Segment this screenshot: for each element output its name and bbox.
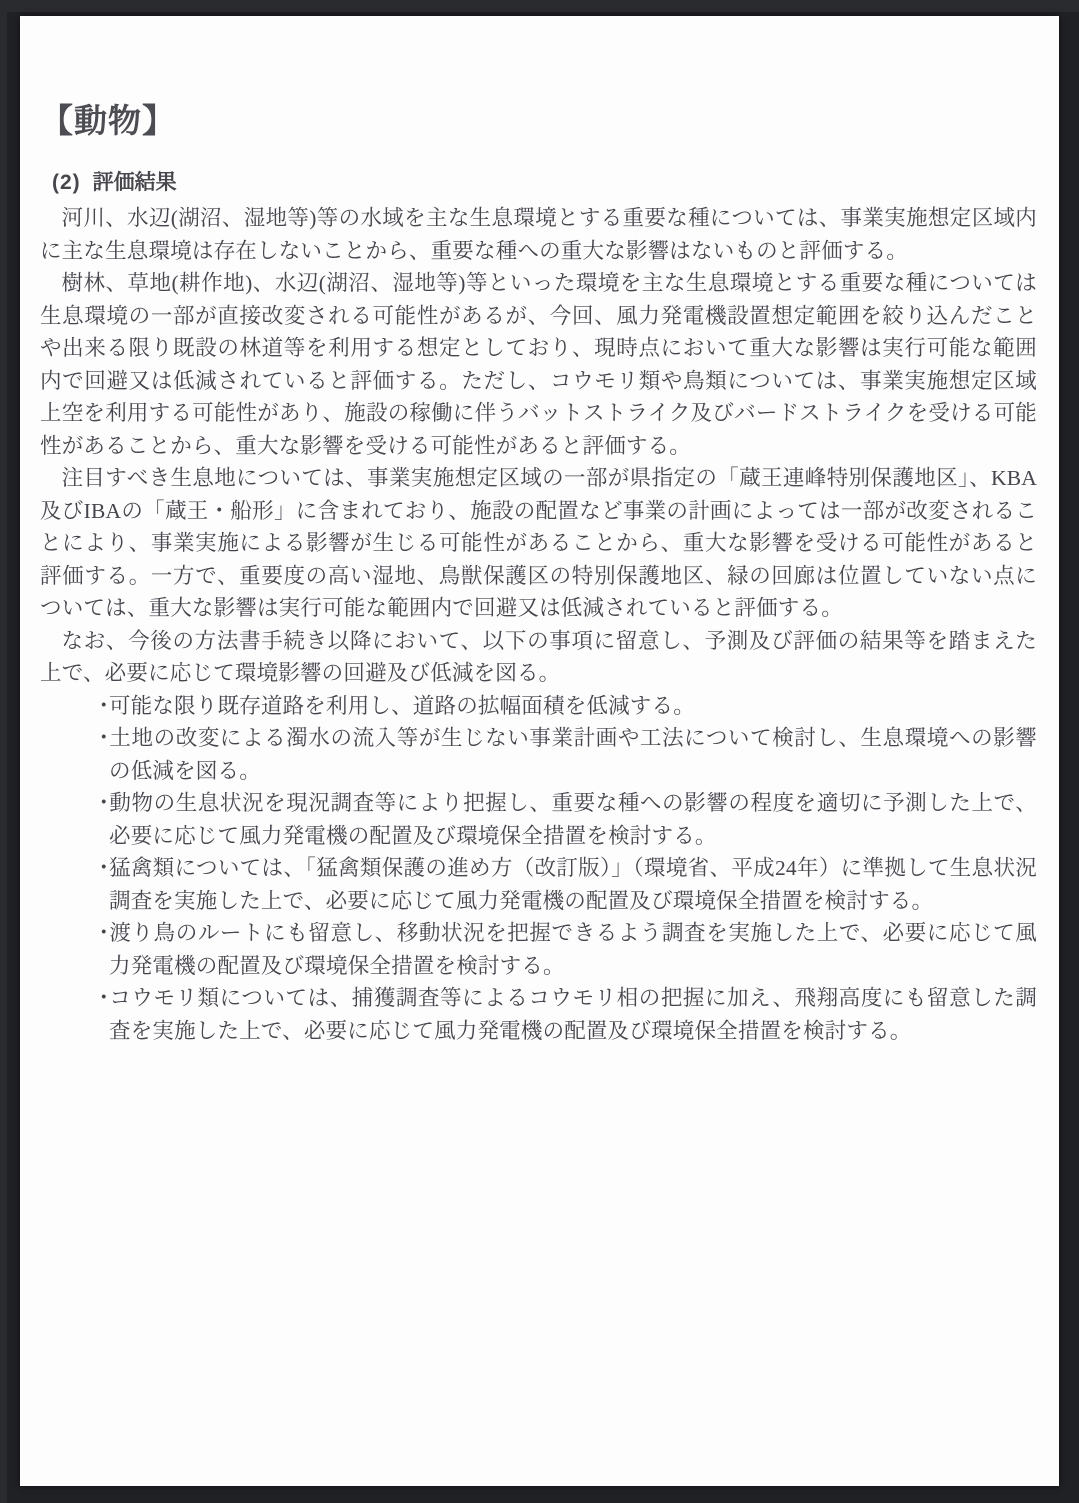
measures-bullet-list: ・可能な限り既存道路を利用し、道路の拡幅面積を低減する。 ・土地の改変による濁水… xyxy=(40,690,1037,1048)
list-item: ・猛禽類については、「猛禽類保護の進め方（改訂版）」（環境省、平成24年）に準拠… xyxy=(93,852,1037,917)
paragraph: 河川、水辺(湖沼、湿地等)等の水域を主な生息環境とする重要な種については、事業実… xyxy=(40,202,1037,267)
bullet-text: 可能な限り既存道路を利用し、道路の拡幅面積を低減する。 xyxy=(109,694,695,718)
section-heading: (2)評価結果 xyxy=(52,168,1037,198)
bullet-dot-icon: ・ xyxy=(93,787,109,820)
bullet-text: 渡り鳥のルートにも留意し、移動状況を把握できるよう調査を実施した上で、必要に応じ… xyxy=(109,921,1037,978)
bullet-text: 動物の生息状況を現況調査等により把握し、重要な種への影響の程度を適切に予測した上… xyxy=(109,791,1037,848)
bullet-dot-icon: ・ xyxy=(93,722,109,755)
paragraph: 樹林、草地(耕作地)、水辺(湖沼、湿地等)等といった環境を主な生息環境とする重要… xyxy=(40,267,1037,462)
section-number: (2) xyxy=(52,171,81,194)
document-title: 【動物】 xyxy=(40,102,1037,140)
bullet-text: コウモリ類については、捕獲調査等によるコウモリ相の把握に加え、飛翔高度にも留意し… xyxy=(109,986,1037,1043)
bullet-dot-icon: ・ xyxy=(93,917,109,950)
scan-frame-top-edge xyxy=(0,0,1079,12)
scan-frame-left-edge xyxy=(0,0,7,1503)
list-item: ・可能な限り既存道路を利用し、道路の拡幅面積を低減する。 xyxy=(93,690,1037,723)
bullet-text: 土地の改変による濁水の流入等が生じない事業計画や工法について検討し、生息環境への… xyxy=(109,726,1037,783)
list-item: ・コウモリ類については、捕獲調査等によるコウモリ相の把握に加え、飛翔高度にも留意… xyxy=(93,982,1037,1047)
list-item: ・渡り鳥のルートにも留意し、移動状況を把握できるよう調査を実施した上で、必要に応… xyxy=(93,917,1037,982)
list-item: ・動物の生息状況を現況調査等により把握し、重要な種への影響の程度を適切に予測した… xyxy=(93,787,1037,852)
paragraph: なお、今後の方法書手続き以降において、以下の事項に留意し、予測及び評価の結果等を… xyxy=(40,625,1037,690)
bullet-dot-icon: ・ xyxy=(93,852,109,885)
list-item: ・土地の改変による濁水の流入等が生じない事業計画や工法について検討し、生息環境へ… xyxy=(93,722,1037,787)
bullet-dot-icon: ・ xyxy=(93,690,109,723)
paragraph: 注目すべき生息地については、事業実施想定区域の一部が県指定の「蔵王連峰特別保護地… xyxy=(40,462,1037,625)
bullet-text: 猛禽類については、「猛禽類保護の進め方（改訂版）」（環境省、平成24年）に準拠し… xyxy=(109,856,1037,913)
screenshot-root: { "colors": { "frame_bg": "#202125", "pa… xyxy=(0,0,1079,1503)
bullet-dot-icon: ・ xyxy=(93,982,109,1015)
document-page: 【動物】 (2)評価結果 河川、水辺(湖沼、湿地等)等の水域を主な生息環境とする… xyxy=(20,16,1059,1486)
section-label: 評価結果 xyxy=(93,171,177,194)
